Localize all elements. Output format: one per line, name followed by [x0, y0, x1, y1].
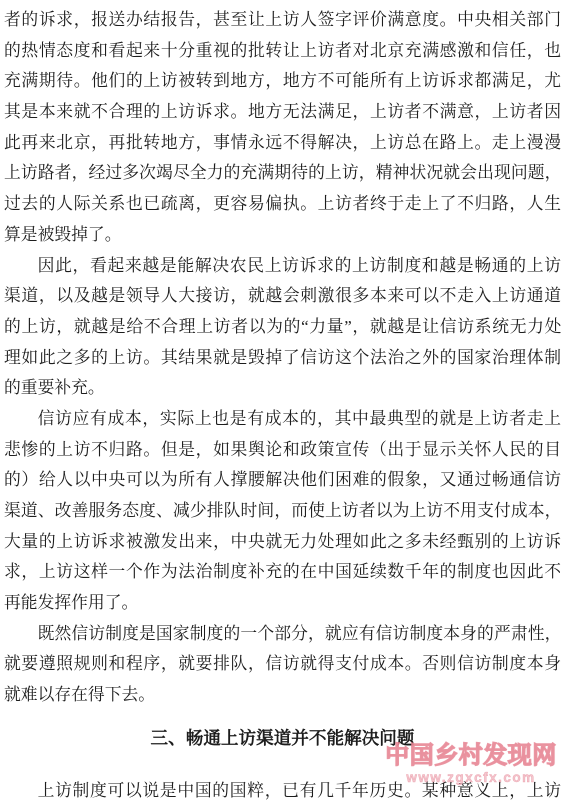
article-line: 者的诉求，报送办结报告，甚至让上访人签字评价满意度。中央相关部门 [4, 5, 561, 36]
article-line: 算是被毁掉了。 [4, 220, 561, 251]
article-line: 的）给人以中央可以为所有人撑腰解决他们困难的假象，又通过畅通信访 [4, 465, 561, 496]
article-line: 悲惨的上访不归路。但是，如果舆论和政策宣传（出于显示关怀人民的目 [4, 435, 561, 466]
section-heading: 三、畅通上访渠道并不能解决问题 [4, 723, 561, 754]
article-line: 的上访，就越是给不合理上访者以为的“力量”，就越是让信访系统无力处 [4, 312, 561, 343]
article-page: 者的诉求，报送办结报告，甚至让上访人签字评价满意度。中央相关部门 的热情态度和看… [0, 0, 566, 806]
article-line: 渠道、改善服务态度、减少排队时间，而使上访者以为上访不用支付成本， [4, 496, 561, 527]
article-line: 就要遵照规则和程序，就要排队，信访就得支付成本。否则信访制度本身 [4, 649, 561, 680]
article-line: 再能发挥作用了。 [4, 588, 561, 619]
article-line: 求，上访这样一个作为法治制度补充的在中国延续数千年的制度也因此不 [4, 557, 561, 588]
article-line: 的热情态度和看起来十分重视的批转让上访者对北京充满感激和信任，也 [4, 36, 561, 67]
article-line: 其是本来就不合理的上访诉求。地方无法满足，上访者不满意，上访者因 [4, 97, 561, 128]
article-line: 充满期待。他们的上访被转到地方，地方不可能所有上访诉求都满足，尤 [4, 66, 561, 97]
article-line: 此再来北京，再批转地方，事情永远不得解决，上访总在路上。走上漫漫 [4, 128, 561, 159]
article-line: 信访应有成本，实际上也是有成本的，其中最典型的就是上访者走上 [4, 404, 561, 435]
article-line: 上访路者，经过多次竭尽全力的充满期待的上访，精神状况就会出现问题， [4, 158, 561, 189]
article-line: 渠道，以及越是领导人大接访，就越会刺激很多本来可以不走入上访通道 [4, 281, 561, 312]
article-line: 大量的上访诉求被激发出来，中央就无力处理如此之多未经甄别的上访诉 [4, 527, 561, 558]
article-line: 理如此之多的上访。其结果就是毁掉了信访这个法治之外的国家治理体制 [4, 343, 561, 374]
article-line: 的重要补充。 [4, 373, 561, 404]
article-line: 因此，看起来越是能解决农民上访诉求的上访制度和越是畅通的上访 [4, 251, 561, 282]
article-line: 就难以存在得下去。 [4, 680, 561, 711]
article-line: 上访制度可以说是中国的国粹，已有几千年历史。某种意义上，上访 [4, 776, 561, 806]
article-line: 既然信访制度是国家制度的一个部分，就应有信访制度本身的严肃性， [4, 619, 561, 650]
article-line: 过去的人际关系也已疏离，更容易偏执。上访者终于走上了不归路，人生 [4, 189, 561, 220]
